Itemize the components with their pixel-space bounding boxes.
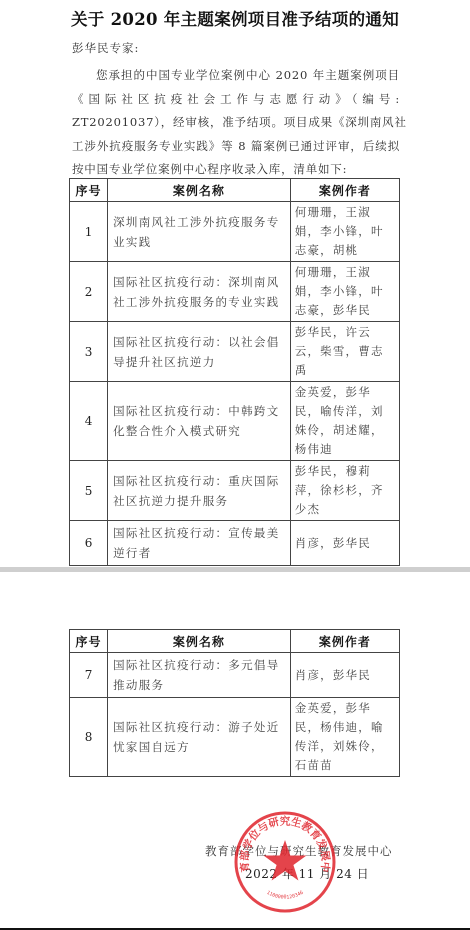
row-name: 国际社区抗疫行动：深圳南风社工涉外抗疫服务的专业实践 <box>108 262 291 322</box>
body-line: 工涉外抗疫服务专业实践》等 8 篇案例已通过评审，后续拟 <box>72 135 400 159</box>
row-author: 彭华民，穆莉萍，徐杉杉，齐少杰 <box>290 461 399 521</box>
row-author: 何珊珊，王淑娟，李小锋，叶志豪，胡桃 <box>290 202 399 262</box>
row-author: 肖彦，彭华民 <box>290 521 399 566</box>
row-name: 国际社区抗疫行动：重庆国际社区抗逆力提升服务 <box>108 461 291 521</box>
svg-text:1100000120346: 1100000120346 <box>265 890 304 901</box>
table-header-row: 序号 案例名称 案例作者 <box>70 630 400 653</box>
table-row: 1 深圳南风社工涉外抗疫服务专业实践 何珊珊，王淑娟，李小锋，叶志豪，胡桃 <box>70 202 400 262</box>
header-name: 案例名称 <box>108 630 291 653</box>
row-name: 国际社区抗疫行动：宣传最美逆行者 <box>108 521 291 566</box>
body-line: 《国际社区抗疫社会工作与志愿行动》（编号: <box>72 88 400 112</box>
case-list-table-page1: 序号 案例名称 案例作者 1 深圳南风社工涉外抗疫服务专业实践 何珊珊，王淑娟，… <box>69 178 400 566</box>
row-name: 国际社区抗疫行动：游子处近忧家国自远方 <box>108 698 291 777</box>
page-separator <box>0 567 470 572</box>
row-author: 何珊珊，王淑娟，李小锋，叶志豪，彭华民 <box>290 262 399 322</box>
row-num: 7 <box>70 653 108 698</box>
official-seal-icon: 教育部学位与研究生教育发展中心 1100000120346 <box>233 810 337 914</box>
row-author: 金英爱，彭华民，喻传洋，刘姝伶，胡述耀，杨伟迪 <box>290 382 399 461</box>
table-row: 4 国际社区抗疫行动：中韩跨文化整合性介入模式研究 金英爱，彭华民，喻传洋，刘姝… <box>70 382 400 461</box>
case-list-table-page2: 序号 案例名称 案例作者 7 国际社区抗疫行动：多元倡导推动服务 肖彦，彭华民 … <box>69 629 400 777</box>
body-paragraph: 您承担的中国专业学位案例中心 2020 年主题案例项目 《国际社区抗疫社会工作与… <box>72 64 400 182</box>
header-num: 序号 <box>70 630 108 653</box>
table-row: 8 国际社区抗疫行动：游子处近忧家国自远方 金英爱，彭华民，杨伟迪，喻传洋，刘姝… <box>70 698 400 777</box>
table-row: 2 国际社区抗疫行动：深圳南风社工涉外抗疫服务的专业实践 何珊珊，王淑娟，李小锋… <box>70 262 400 322</box>
row-num: 1 <box>70 202 108 262</box>
row-name: 国际社区抗疫行动：中韩跨文化整合性介入模式研究 <box>108 382 291 461</box>
header-num: 序号 <box>70 179 108 202</box>
header-author: 案例作者 <box>290 630 399 653</box>
row-name: 深圳南风社工涉外抗疫服务专业实践 <box>108 202 291 262</box>
row-name: 国际社区抗疫行动：多元倡导推动服务 <box>108 653 291 698</box>
row-num: 4 <box>70 382 108 461</box>
table-row: 6 国际社区抗疫行动：宣传最美逆行者 肖彦，彭华民 <box>70 521 400 566</box>
row-num: 6 <box>70 521 108 566</box>
document-title: 关于 2020 年主题案例项目准予结项的通知 <box>0 6 470 30</box>
body-line: ZT20201037），经审核，准予结项。项目成果《深圳南风社 <box>72 111 400 135</box>
row-author: 彭华民，许云云，柴雪，曹志禹 <box>290 322 399 382</box>
table-row: 3 国际社区抗疫行动：以社会倡导提升社区抗逆力 彭华民，许云云，柴雪，曹志禹 <box>70 322 400 382</box>
row-name: 国际社区抗疫行动：以社会倡导提升社区抗逆力 <box>108 322 291 382</box>
header-name: 案例名称 <box>108 179 291 202</box>
row-num: 2 <box>70 262 108 322</box>
header-author: 案例作者 <box>290 179 399 202</box>
table-row: 5 国际社区抗疫行动：重庆国际社区抗逆力提升服务 彭华民，穆莉萍，徐杉杉，齐少杰 <box>70 461 400 521</box>
table-header-row: 序号 案例名称 案例作者 <box>70 179 400 202</box>
row-author: 金英爱，彭华民，杨伟迪，喻传洋，刘姝伶，石苗苗 <box>290 698 399 777</box>
row-num: 3 <box>70 322 108 382</box>
row-num: 5 <box>70 461 108 521</box>
table-row: 7 国际社区抗疫行动：多元倡导推动服务 肖彦，彭华民 <box>70 653 400 698</box>
row-num: 8 <box>70 698 108 777</box>
salutation: 彭华民专家: <box>72 40 139 56</box>
row-author: 肖彦，彭华民 <box>290 653 399 698</box>
body-line: 您承担的中国专业学位案例中心 2020 年主题案例项目 <box>72 64 400 88</box>
